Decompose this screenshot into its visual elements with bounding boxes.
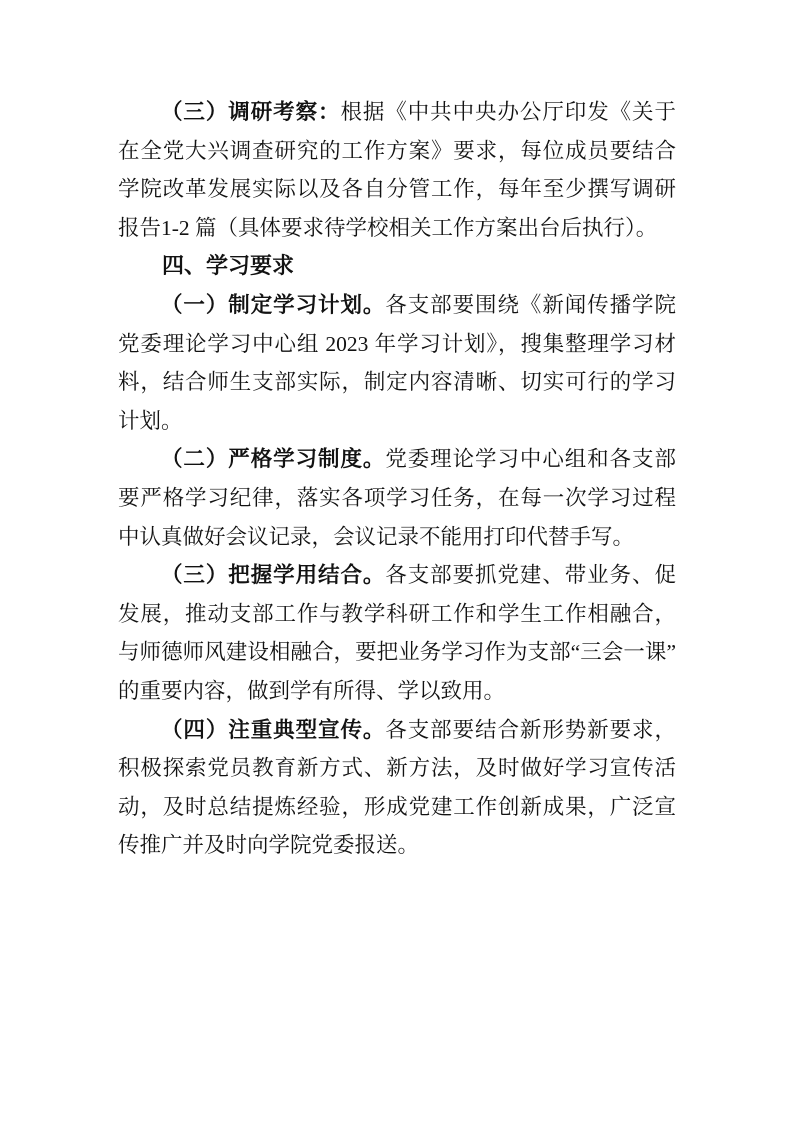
section-heading-study-requirements: 四、学习要求 [118,247,676,286]
paragraph-lead: （四）注重典型宣传。 [161,718,385,742]
document-page: （三）调研考察：根据《中共中央办公厅印发《关于在全党大兴调查研究的工作方案》要求… [0,0,793,1122]
paragraph-survey-research: （三）调研考察：根据《中共中央办公厅印发《关于在全党大兴调查研究的工作方案》要求… [118,93,676,247]
paragraph-publicity: （四）注重典型宣传。各支部要结合新形势新要求，积极探索党员教育新方式、新方法，及… [118,711,676,865]
paragraph-lead: （三）调研考察： [161,100,340,124]
paragraph-study-discipline: （二）严格学习制度。党委理论学习中心组和各支部要严格学习纪律，落实各项学习任务，… [118,440,676,556]
paragraph-lead: （三）把握学用结合。 [161,563,385,587]
paragraph-study-application: （三）把握学用结合。各支部要抓党建、带业务、促发展，推动支部工作与教学科研工作和… [118,556,676,710]
paragraph-study-plan: （一）制定学习计划。各支部要围绕《新闻传播学院党委理论学习中心组 2023 年学… [118,286,676,440]
paragraph-lead: （一）制定学习计划。 [161,293,385,317]
paragraph-lead: （二）严格学习制度。 [161,447,385,471]
